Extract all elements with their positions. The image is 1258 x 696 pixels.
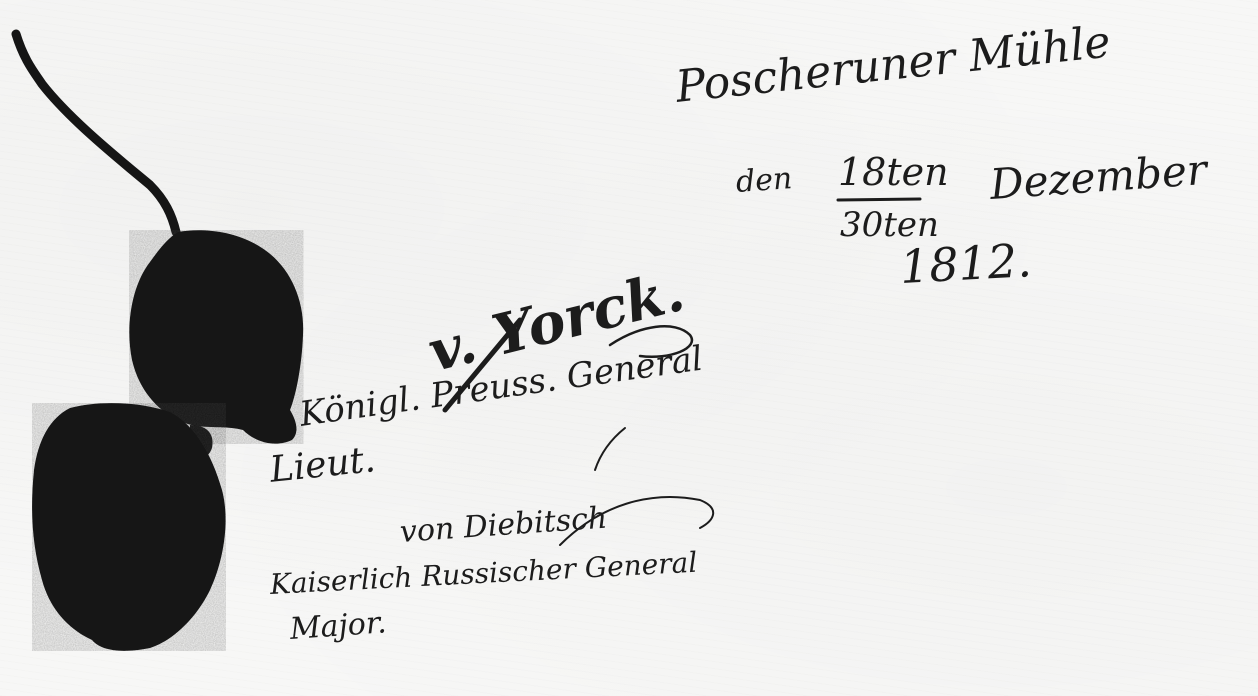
upper-wax-seal <box>129 230 303 443</box>
document-page: Poscheruner Mühle den 18ten 30ten Dezemb… <box>0 0 1258 696</box>
signature-diebitsch: von Diebitsch <box>399 501 609 550</box>
signature-diebitsch-rank: Major. <box>289 605 388 647</box>
signature-diebitsch-title: Kaiserlich Russischer General <box>269 546 698 601</box>
place-name: Poscheruner Mühle <box>673 17 1112 113</box>
date-month: Dezember <box>988 145 1208 209</box>
date-day-old-style: 18ten <box>838 150 949 194</box>
date-fraction-bar <box>838 199 920 200</box>
date-prefix: den <box>735 161 794 200</box>
lower-wax-seal <box>32 403 226 651</box>
signature-yorck-rank: Lieut. <box>268 439 378 491</box>
date-year: 1812. <box>899 233 1033 294</box>
seal-cord <box>16 34 176 232</box>
